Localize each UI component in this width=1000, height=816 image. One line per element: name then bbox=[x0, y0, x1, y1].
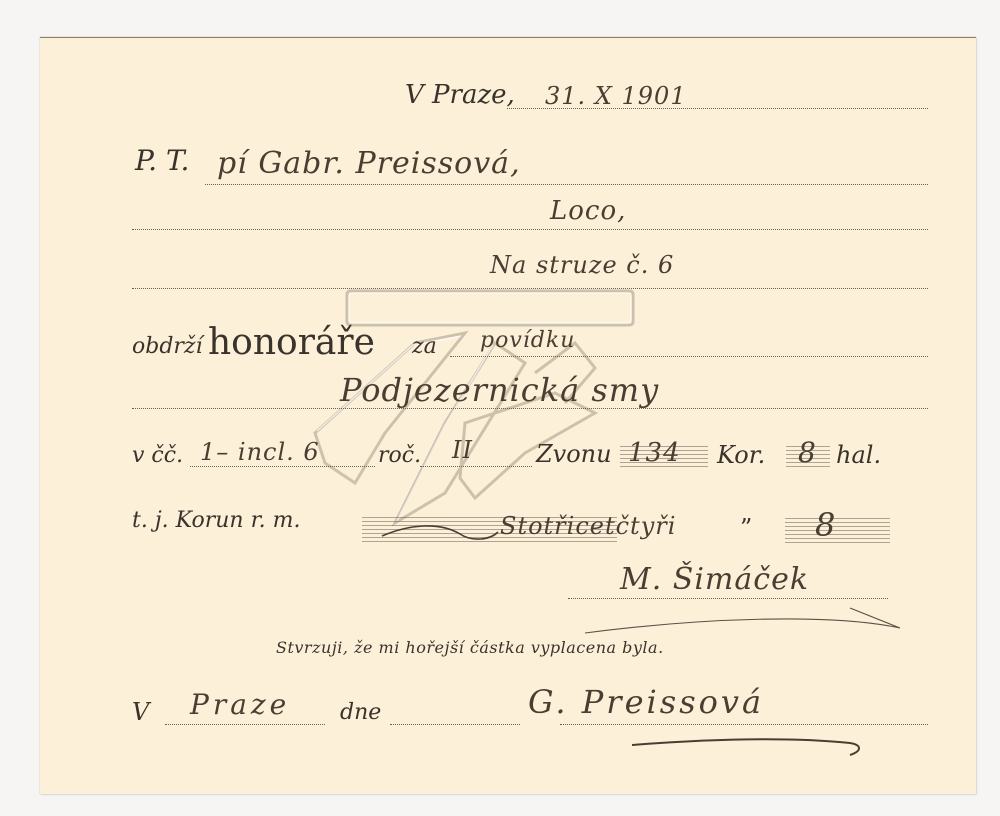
addressee-line-2 bbox=[132, 229, 928, 230]
label-za: za bbox=[412, 334, 437, 359]
addressee-street: Na struze č. 6 bbox=[490, 251, 674, 279]
date-value: 31. X 1901 bbox=[545, 82, 687, 110]
label-obdrzi: obdrží bbox=[132, 334, 203, 359]
work-title-value: Podjezernická smy bbox=[340, 371, 659, 409]
volume-line bbox=[420, 466, 532, 467]
recipient-signature-line bbox=[560, 724, 928, 725]
work-type-value: povídku bbox=[480, 328, 575, 353]
amount-haleru-value: 8 bbox=[815, 506, 836, 544]
label-roc: roč. bbox=[378, 443, 421, 468]
ditto-mark: ” bbox=[740, 514, 752, 542]
label-amount: t. j. Korun r. m. bbox=[132, 508, 301, 533]
work-type-line bbox=[450, 356, 928, 357]
addressee-city: Loco, bbox=[550, 196, 626, 226]
label-publication: Zvonu bbox=[536, 440, 612, 468]
recipient-flourish bbox=[630, 733, 870, 763]
haleru-value: 8 bbox=[798, 436, 817, 469]
footer-date-line bbox=[390, 724, 520, 725]
korun-value: 134 bbox=[628, 438, 681, 468]
signature-flourish bbox=[580, 588, 910, 638]
label-honorare: honoráře bbox=[208, 322, 375, 363]
label-kor: Kor. bbox=[717, 441, 765, 469]
label-v: V bbox=[132, 698, 149, 726]
label-vcc: v čč. bbox=[132, 443, 183, 468]
issues-value: 1– incl. 6 bbox=[200, 438, 320, 466]
confirmation-text: Stvrzuji, že mi hořejší částka vyplacena… bbox=[276, 638, 664, 657]
volume-value: II bbox=[452, 436, 473, 464]
amount-flourish bbox=[380, 518, 500, 548]
header-place: V Praze, bbox=[405, 80, 515, 110]
addressee-prefix: P. T. bbox=[135, 144, 189, 177]
amount-haleru-field bbox=[785, 515, 890, 543]
addressee-name: pí Gabr. Preissová, bbox=[217, 146, 521, 181]
recipient-signature: G. Preissová bbox=[528, 683, 764, 721]
amount-words-value: Stotřicetčtyři bbox=[500, 512, 676, 540]
footer-place-line bbox=[165, 724, 325, 725]
label-dne: dne bbox=[340, 700, 381, 725]
issues-line bbox=[190, 466, 375, 467]
footer-place-value: Praze bbox=[190, 688, 290, 721]
addressee-line-1 bbox=[205, 184, 928, 185]
label-hal: hal. bbox=[836, 441, 881, 469]
addressee-line-3 bbox=[132, 288, 928, 289]
receipt-card: V Praze, 31. X 1901 P. T. pí Gabr. Preis… bbox=[40, 37, 976, 794]
